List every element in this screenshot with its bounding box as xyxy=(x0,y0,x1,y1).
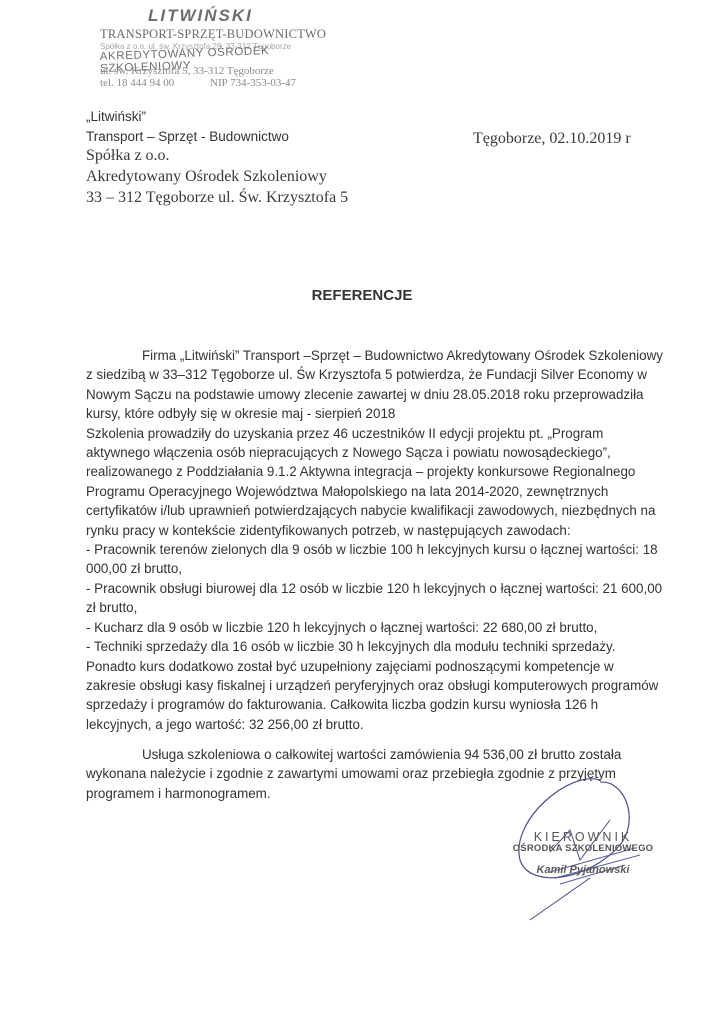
list-item: - Pracownik terenów zielonych dla 9 osób… xyxy=(86,540,666,579)
sender-tagline: Transport – Sprzęt - Budownictwo xyxy=(86,129,289,144)
intro-paragraph: Firma „Litwiński” Transport –Sprzęt – Bu… xyxy=(86,346,666,424)
stamp-brand: LITWIŃSKI xyxy=(148,6,253,26)
scope-paragraph: Szkolenia prowadziły do uzyskania przez … xyxy=(86,424,666,540)
sender-company: Spółka z o.o. xyxy=(86,147,170,165)
signature-unit: OŚRODKA SZKOLENIOWEGO xyxy=(508,843,658,854)
document-date: Tęgoborze, 02.10.2019 r xyxy=(473,130,631,148)
signatory-name: Kamil Pyjanowski xyxy=(508,864,658,876)
document-title: REFERENCJE xyxy=(0,287,724,304)
stamp-line-address: ul. św. Krzysztofa 5, 33-312 Tęgoborze xyxy=(100,65,274,77)
signature-stamp: KIEROWNIK OŚRODKA SZKOLENIOWEGO Kamil Py… xyxy=(508,830,658,876)
signature-role: KIEROWNIK xyxy=(508,830,658,844)
document-body: Firma „Litwiński” Transport –Sprzęt – Bu… xyxy=(86,346,666,734)
sender-unit: Akredytowany Ośrodek Szkoleniowy xyxy=(86,168,327,186)
sender-address: 33 – 312 Tęgoborze ul. Św. Krzysztofa 5 xyxy=(86,189,348,207)
list-item: - Pracownik obsługi biurowej dla 12 osób… xyxy=(86,579,666,618)
list-item: - Techniki sprzedaży dla 16 osób w liczb… xyxy=(86,637,666,734)
stamp-phone: tel. 18 444 94 00 xyxy=(100,77,174,89)
stamp-line-contact: tel. 18 444 94 00 NIP 734-353-03-47 xyxy=(100,77,310,89)
stamp-nip: NIP 734-353-03-47 xyxy=(210,77,296,89)
list-item: - Kucharz dla 9 osób w liczbie 120 h lek… xyxy=(86,618,666,637)
sender-name: „Litwiński” xyxy=(86,109,146,124)
stamp-line-tagline: TRANSPORT-SPRZĘT-BUDOWNICTWO xyxy=(100,27,326,42)
